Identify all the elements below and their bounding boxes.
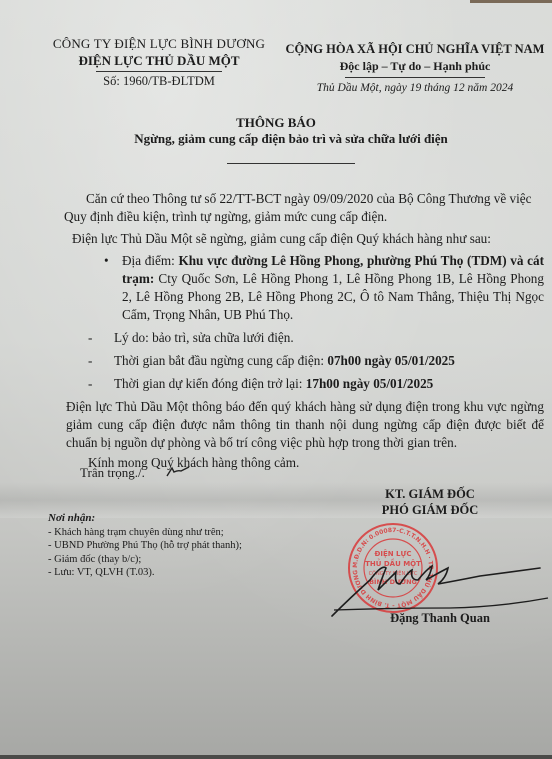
closing: Trân trọng./. bbox=[80, 465, 145, 481]
recipient-item: - Lưu: VT, QLVH (T.03). bbox=[48, 566, 242, 580]
header-right-rule bbox=[345, 77, 485, 78]
recipients: Nơi nhận: - Khách hàng trạm chuyên dùng … bbox=[48, 512, 242, 580]
header-left-rule bbox=[96, 71, 222, 72]
dash-icon: - bbox=[88, 329, 92, 347]
start-time-item: - Thời gian bắt đầu ngừng cung cấp điện:… bbox=[88, 352, 544, 370]
nation-title: CỘNG HÒA XÃ HỘI CHỦ NGHĨA VIỆT NAM bbox=[278, 42, 552, 57]
recipient-item: - UBND Phường Phú Thọ (hỗ trợ phát thanh… bbox=[48, 539, 242, 553]
signer-on-behalf: KT. GIÁM ĐỐC bbox=[350, 486, 510, 502]
document-number: Số: 1960/TB-ĐLTDM bbox=[44, 74, 274, 89]
notice-paragraph: Điện lực Thủ Dầu Một thông báo đến quý k… bbox=[66, 398, 544, 452]
company-name: CÔNG TY ĐIỆN LỰC BÌNH DƯƠNG bbox=[44, 36, 274, 52]
reason-text: Lý do: bảo trì, sửa chữa lưới điện. bbox=[114, 330, 294, 345]
document-subtitle: Ngừng, giảm cung cấp điện bảo trì và sửa… bbox=[0, 131, 552, 147]
bullet-icon: • bbox=[104, 252, 109, 270]
place-date: Thủ Dầu Một, ngày 19 tháng 12 năm 2024 bbox=[278, 82, 552, 94]
signer-name: Đặng Thanh Quan bbox=[370, 611, 510, 626]
recipients-heading: Nơi nhận: bbox=[48, 512, 242, 526]
title-rule bbox=[227, 163, 355, 164]
motto: Độc lập – Tự do – Hạnh phúc bbox=[278, 59, 552, 74]
bottom-shadow bbox=[0, 755, 552, 759]
signer-block: KT. GIÁM ĐỐC PHÓ GIÁM ĐỐC bbox=[350, 486, 510, 518]
end-time-item: - Thời gian dự kiến đóng điện trở lại: 1… bbox=[88, 375, 544, 393]
header-right: CỘNG HÒA XÃ HỘI CHỦ NGHĨA VIỆT NAM Độc l… bbox=[278, 42, 552, 94]
initial-signature-icon bbox=[165, 464, 191, 478]
signer-position: PHÓ GIÁM ĐỐC bbox=[350, 502, 510, 518]
location-item: • Địa điểm: Khu vực đường Lê Hồng Phong,… bbox=[104, 252, 544, 324]
end-time-value: 17h00 ngày 05/01/2025 bbox=[306, 376, 434, 391]
recipient-item: - Giám đốc (thay b/c); bbox=[48, 553, 242, 567]
start-time-label: Thời gian bắt đầu ngừng cung cấp điện: bbox=[114, 353, 327, 368]
end-time-label: Thời gian dự kiến đóng điện trở lại: bbox=[114, 376, 306, 391]
start-time-value: 07h00 ngày 05/01/2025 bbox=[327, 353, 455, 368]
background-edge bbox=[470, 0, 552, 3]
location-label: Địa điểm: bbox=[122, 253, 178, 268]
recipient-item: - Khách hàng trạm chuyên dùng như trên; bbox=[48, 526, 242, 540]
basis-line-2: Quy định điều kiện, trình tự ngừng, giảm… bbox=[64, 208, 544, 226]
intro-paragraph: Điện lực Thủ Dầu Một sẽ ngừng, giảm cung… bbox=[72, 230, 544, 248]
apology-paragraph: Kính mong Quý khách hàng thông cảm. bbox=[88, 454, 544, 472]
document-body: Căn cứ theo Thông tư số 22/TT-BCT ngày 0… bbox=[72, 190, 544, 472]
dash-icon: - bbox=[88, 375, 92, 393]
unit-name: ĐIỆN LỰC THỦ DẦU MỘT bbox=[44, 53, 274, 69]
location-stations: Cty Quốc Sơn, Lê Hồng Phong 1, Lê Hồng P… bbox=[122, 271, 544, 322]
header-left: CÔNG TY ĐIỆN LỰC BÌNH DƯƠNG ĐIỆN LỰC THỦ… bbox=[44, 36, 274, 89]
document-title: THÔNG BÁO bbox=[0, 115, 552, 131]
reason-item: - Lý do: bảo trì, sửa chữa lưới điện. bbox=[88, 329, 544, 347]
basis-line-1: Căn cứ theo Thông tư số 22/TT-BCT ngày 0… bbox=[72, 190, 544, 208]
dash-icon: - bbox=[88, 352, 92, 370]
handwritten-signature-icon bbox=[330, 550, 550, 620]
